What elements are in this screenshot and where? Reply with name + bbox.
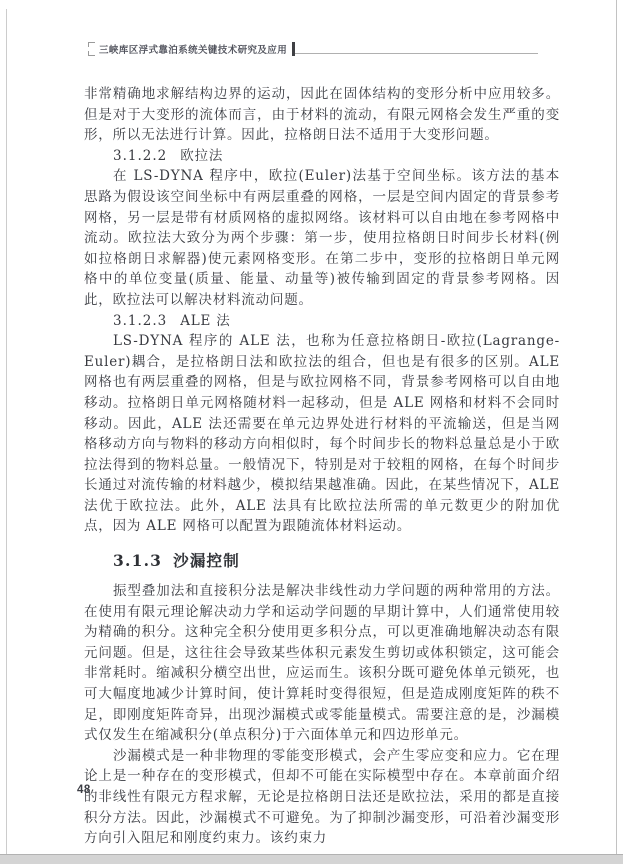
heading-number: 3.1.3 (113, 551, 173, 570)
header-rule (295, 53, 538, 54)
section-heading-ale: 3.1.2.3ALE 法 (84, 311, 560, 332)
heading-number: 3.1.2.2 (113, 148, 180, 164)
header-bar-icon (292, 42, 295, 56)
page-number: 48 (77, 784, 91, 796)
page-right-edge-line (616, 0, 617, 855)
body-paragraph-continuation: 非常精确地求解结构边界的运动，因此在固体结构的变形分析中应用较多。但是对于大变形… (84, 84, 560, 146)
body-paragraph-ale: LS-DYNA 程序的 ALE 法，也称为任意拉格朗日-欧拉(Lagrange-… (84, 331, 560, 537)
heading-number: 3.1.2.3 (113, 313, 180, 329)
body-paragraph-hourglass-2: 沙漏模式是一种非物理的零能变形模式，会产生零应变和应力。它在理论上是一种存在的变… (84, 746, 560, 849)
book-page: 三峡库区浮式靠泊系统关键技术研究及应用 非常精确地求解结构边界的运动，因此在固体… (0, 0, 623, 864)
running-header-title: 三峡库区浮式靠泊系统关键技术研究及应用 (99, 42, 287, 56)
heading-label: ALE 法 (180, 313, 230, 329)
section-heading-euler: 3.1.2.2欧拉法 (84, 146, 560, 167)
page-body: 非常精确地求解结构边界的运动，因此在固体结构的变形分析中应用较多。但是对于大变形… (84, 84, 560, 849)
section-heading-hourglass: 3.1.3沙漏控制 (84, 550, 560, 571)
header-bracket-icon (88, 42, 95, 56)
running-header: 三峡库区浮式靠泊系统关键技术研究及应用 (88, 40, 538, 58)
heading-label: 欧拉法 (180, 148, 223, 164)
page-bottom-edge-shadow (0, 854, 623, 864)
page-left-edge-line (6, 9, 7, 854)
body-paragraph-hourglass-1: 振型叠加法和直接积分法是解决非线性动力学问题的两种常用的方法。在使用有限元理论解… (84, 581, 560, 746)
body-paragraph-euler: 在 LS-DYNA 程序中，欧拉(Euler)法基于空间坐标。该方法的基本思路为… (84, 166, 560, 310)
heading-label: 沙漏控制 (173, 551, 240, 570)
